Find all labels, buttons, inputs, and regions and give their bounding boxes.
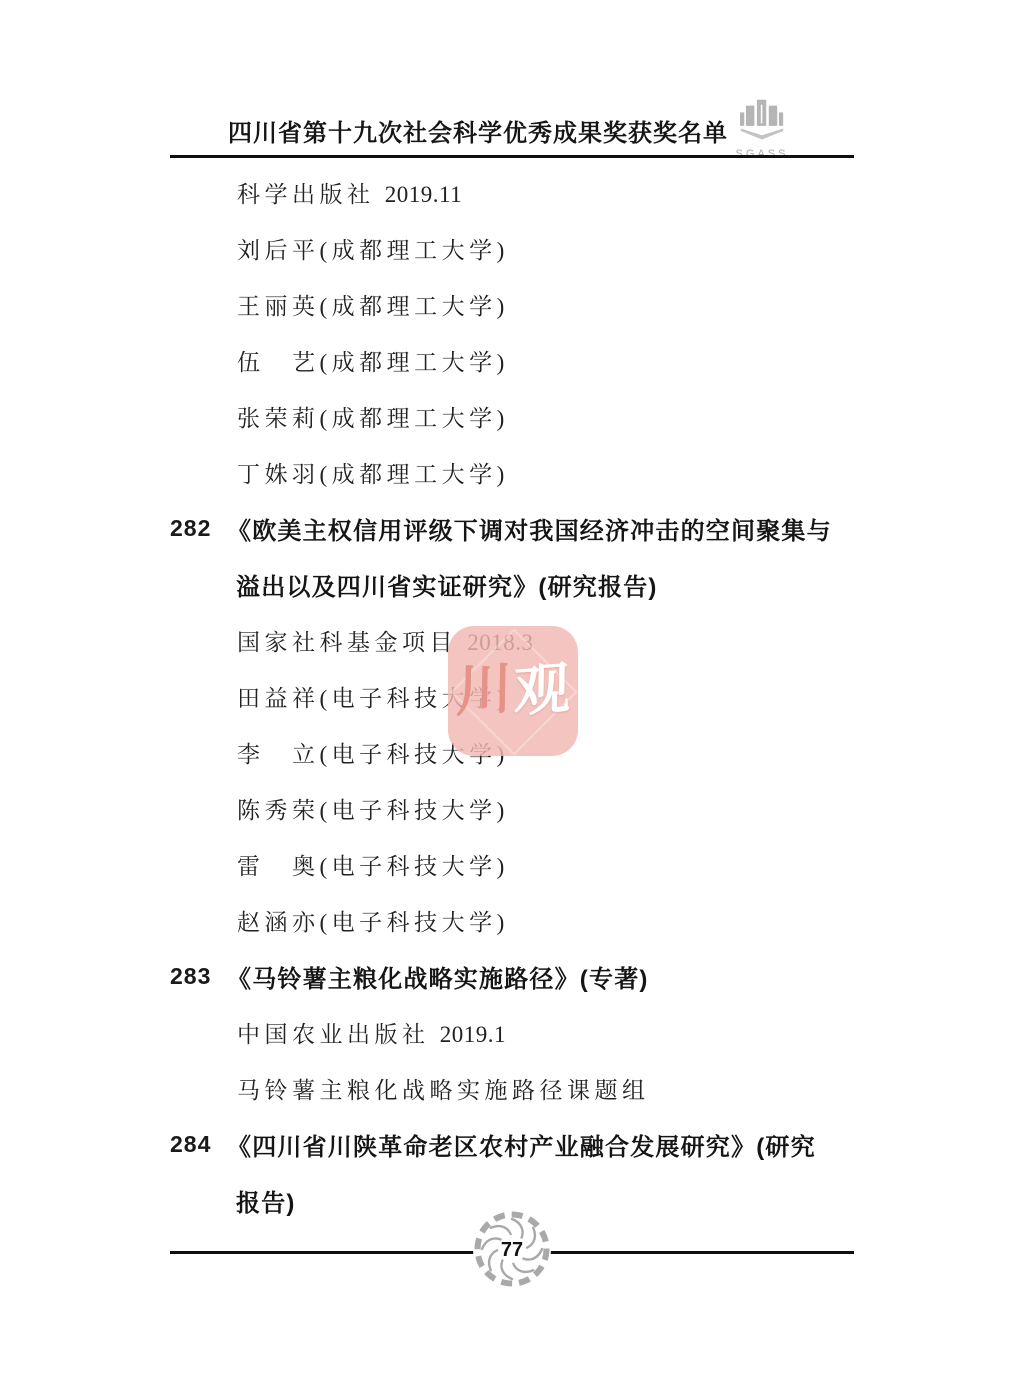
entry-detail-text: 田益祥(电子科技大学) [237,680,509,713]
entry-detail-text: 中国农业出版社 2019.1 [237,1016,506,1049]
carryover-detail-line: 伍 艺(成都理工大学) [0,332,1024,388]
sgass-building-book-icon [736,98,788,142]
entry-title-line: 282《欧美主权信用评级下调对我国经济冲击的空间聚集与 [0,500,1024,556]
carryover-detail-line: 刘后平(成都理工大学) [0,220,1024,276]
entry-title-line: 溢出以及四川省实证研究》(研究报告) [0,556,1024,612]
award-list: 科学出版社 2019.11刘后平(成都理工大学)王丽英(成都理工大学)伍 艺(成… [0,164,1024,1228]
entry-detail-line: 国家社科基金项目 2018.3 [0,612,1024,668]
entry-detail-text: 张荣莉(成都理工大学) [237,400,509,433]
entry-detail-text: 陈秀荣(电子科技大学) [237,792,509,825]
entry-number: 283 [170,963,211,990]
entry-title-text: 溢出以及四川省实证研究》(研究报告) [236,567,658,602]
carryover-detail-line: 张荣莉(成都理工大学) [0,388,1024,444]
entry-title-text: 《四川省川陕革命老区农村产业融合发展研究》(研究 [227,1127,816,1162]
document-page: 四川省第十九次社会科学优秀成果奖获奖名单 SGASS 科学出版社 2019.11… [0,0,1024,1380]
entry-number: 282 [170,515,211,542]
sunbird-emblem: 77 [472,1209,552,1289]
entry-detail-text: 王丽英(成都理工大学) [237,288,509,321]
entry-title-line: 283《马铃薯主粮化战略实施路径》(专著) [0,948,1024,1004]
header-rule [170,155,854,158]
entry-title-line: 284《四川省川陕革命老区农村产业融合发展研究》(研究 [0,1116,1024,1172]
entry-number: 284 [170,1131,211,1158]
entry-detail-line: 赵涵亦(电子科技大学) [0,892,1024,948]
entry-detail-text: 刘后平(成都理工大学) [237,232,509,265]
entry-detail-text: 科学出版社 2019.11 [237,176,462,209]
entry-title-text: 报告) [236,1183,296,1218]
entry-detail-line: 陈秀荣(电子科技大学) [0,780,1024,836]
entry-detail-line: 马铃薯主粮化战略实施路径课题组 [0,1060,1024,1116]
entry-detail-text: 李 立(电子科技大学) [237,736,509,769]
sgass-logo-text: SGASS [728,148,796,160]
entry-detail-line: 中国农业出版社 2019.1 [0,1004,1024,1060]
page-title: 四川省第十九次社会科学优秀成果奖获奖名单 [170,113,786,148]
entry-detail-line: 田益祥(电子科技大学) [0,668,1024,724]
entry-detail-line: 李 立(电子科技大学) [0,724,1024,780]
entry-detail-text: 国家社科基金项目 2018.3 [237,624,534,657]
carryover-detail-line: 王丽英(成都理工大学) [0,276,1024,332]
detail-latin-run: 2019.1 [440,1022,506,1047]
entry-title-text: 《马铃薯主粮化战略实施路径》(专著) [227,959,649,994]
carryover-detail-line: 丁姝羽(成都理工大学) [0,444,1024,500]
page-number: 77 [501,1239,523,1261]
carryover-detail-line: 科学出版社 2019.11 [0,164,1024,220]
detail-latin-run: 2019.11 [385,182,462,207]
sunbird-emblem-icon: 77 [472,1209,552,1289]
detail-latin-run: 2018.3 [467,630,533,655]
entry-detail-text: 赵涵亦(电子科技大学) [237,904,509,937]
entry-detail-line: 雷 奥(电子科技大学) [0,836,1024,892]
entry-detail-text: 马铃薯主粮化战略实施路径课题组 [237,1072,650,1105]
entry-title-text: 《欧美主权信用评级下调对我国经济冲击的空间聚集与 [227,511,832,546]
entry-detail-text: 雷 奥(电子科技大学) [237,848,509,881]
entry-detail-text: 丁姝羽(成都理工大学) [237,456,509,489]
sgass-logo: SGASS [728,98,796,160]
entry-detail-text: 伍 艺(成都理工大学) [237,344,509,377]
